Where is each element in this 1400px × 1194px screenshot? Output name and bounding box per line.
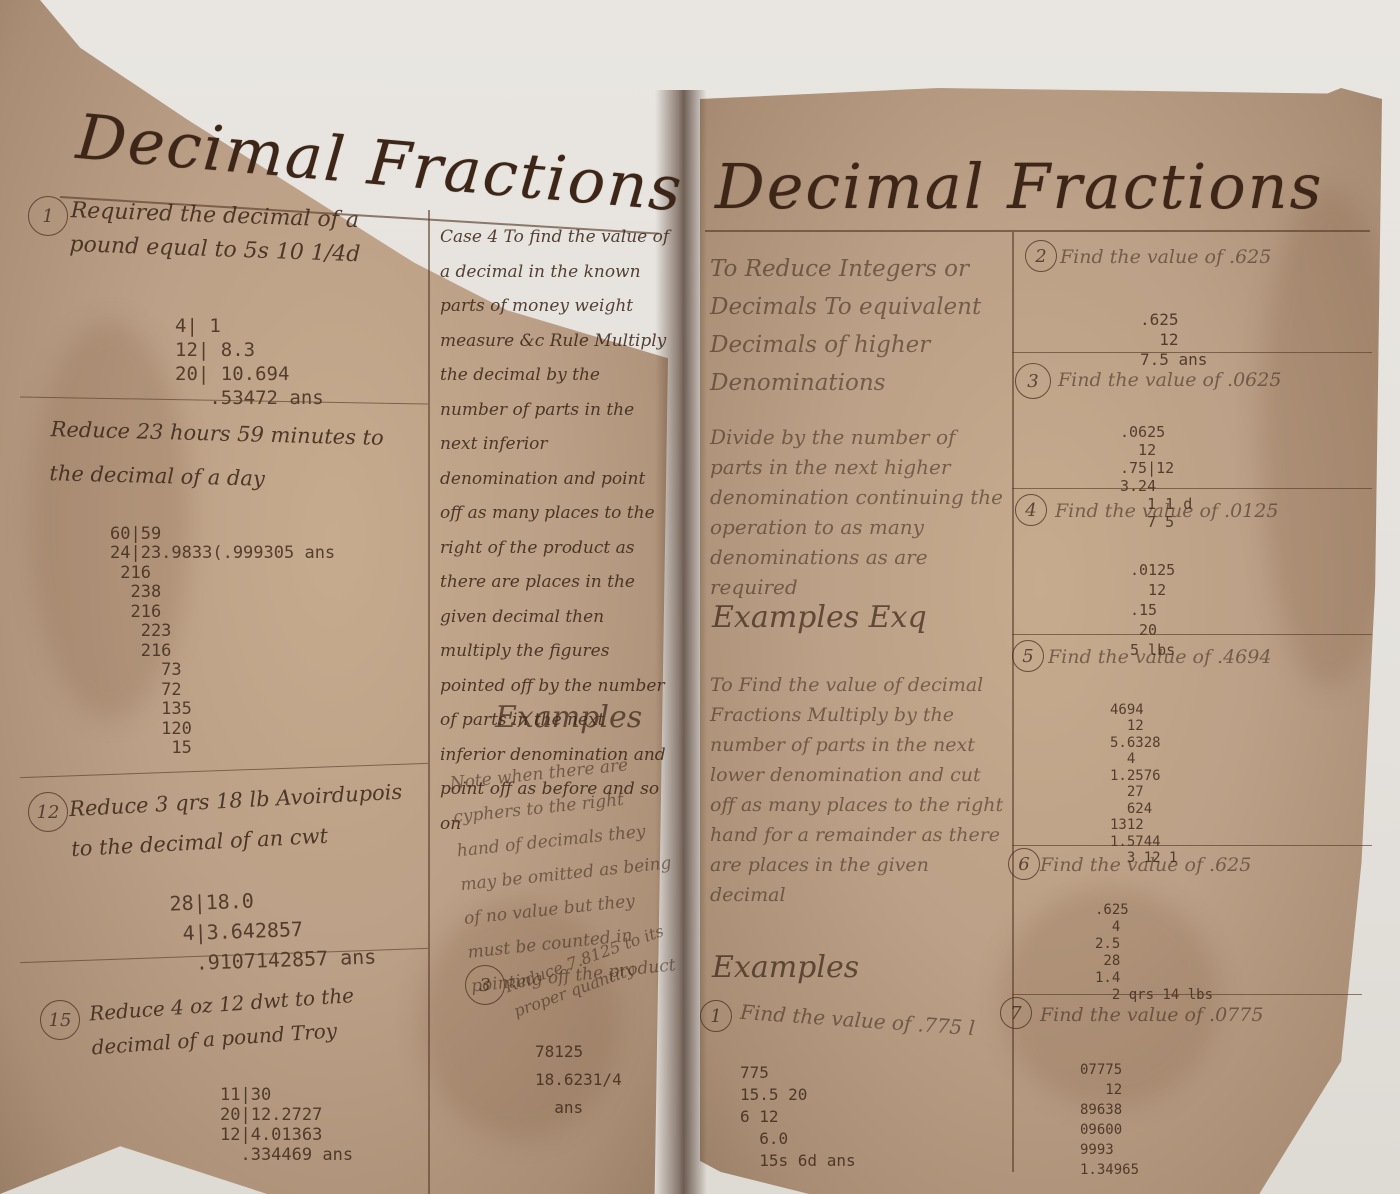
problem-text: Reduce 23 hours 59 minutes to the decima…	[49, 407, 421, 505]
examples-heading: Examples	[712, 950, 859, 985]
problem-text: Find the value of .4694	[1048, 642, 1271, 672]
value-rule-text: To Find the value of decimal Fractions M…	[710, 670, 1010, 910]
problem-text: Find the value of .625	[1040, 850, 1251, 880]
right-page-title: Decimal Fractions	[715, 150, 1323, 223]
problem-number-circle: 12	[28, 792, 68, 832]
problem-number-circle: 7	[1000, 997, 1032, 1029]
problem-divider	[1012, 634, 1372, 635]
working-block: 28|18.0 4|3.642857 .9107142857 ans	[168, 851, 377, 978]
working-block: .625 12 7.5 ans	[1140, 290, 1207, 370]
working-block: 11|30 20|12.2727 12|4.01363 .334469 ans	[220, 1065, 353, 1165]
problem-text: Find the value of .0775	[1040, 1000, 1263, 1030]
problem-text: Find the value of .0125	[1055, 496, 1278, 526]
working-block: 07775 12 89638 09600 9993 1.34965	[1080, 1040, 1139, 1180]
problem-divider	[1012, 845, 1372, 846]
problem-text: Find the value of .0625	[1058, 365, 1281, 395]
examples-heading: Examples Exq	[712, 600, 927, 635]
working-block: 4694 12 5.6328 4 1.2576 27 624 1312 1.57…	[1110, 685, 1177, 867]
working-block: .625 4 2.5 28 1.4 2 qrs 14 lbs	[1095, 885, 1213, 1004]
working-block: 775 15.5 20 6 12 6.0 15s 6d ans	[740, 1040, 856, 1172]
title-rule	[705, 230, 1370, 232]
problem-number-circle: 1	[700, 1000, 732, 1032]
problem-divider	[1012, 488, 1372, 489]
heading-text: To Reduce Integers or Decimals To equiva…	[710, 250, 1010, 402]
problem-number-circle: 2	[1025, 240, 1057, 272]
problem-number-circle: 3	[1015, 363, 1051, 399]
column-divider	[428, 210, 430, 1194]
problem-number-circle: 15	[40, 1000, 80, 1040]
rule-text: Divide by the number of parts in the nex…	[710, 422, 1010, 602]
problem-text: Find the value of .625	[1060, 242, 1271, 272]
problem-number-circle: 5	[1012, 640, 1044, 672]
problem-number-circle: 3	[465, 965, 505, 1005]
column-divider	[1012, 232, 1014, 1172]
problem-text: Required the decimal of a pound equal to…	[69, 194, 411, 274]
problem-number-circle: 6	[1008, 848, 1040, 880]
problem-divider	[1012, 352, 1372, 353]
problem-number-circle: 1	[28, 196, 68, 236]
working-block: 78125 18.6231/4 ans	[535, 1010, 622, 1122]
examples-heading: Examples	[495, 700, 642, 735]
working-block: 60|59 24|23.9833(.999305 ans 216 238 216…	[110, 505, 335, 759]
problem-number-circle: 4	[1015, 494, 1047, 526]
problem-divider	[1012, 994, 1362, 995]
working-line: 4| 1 12| 8.3 20| 10.694 .53472 ans	[175, 290, 324, 410]
